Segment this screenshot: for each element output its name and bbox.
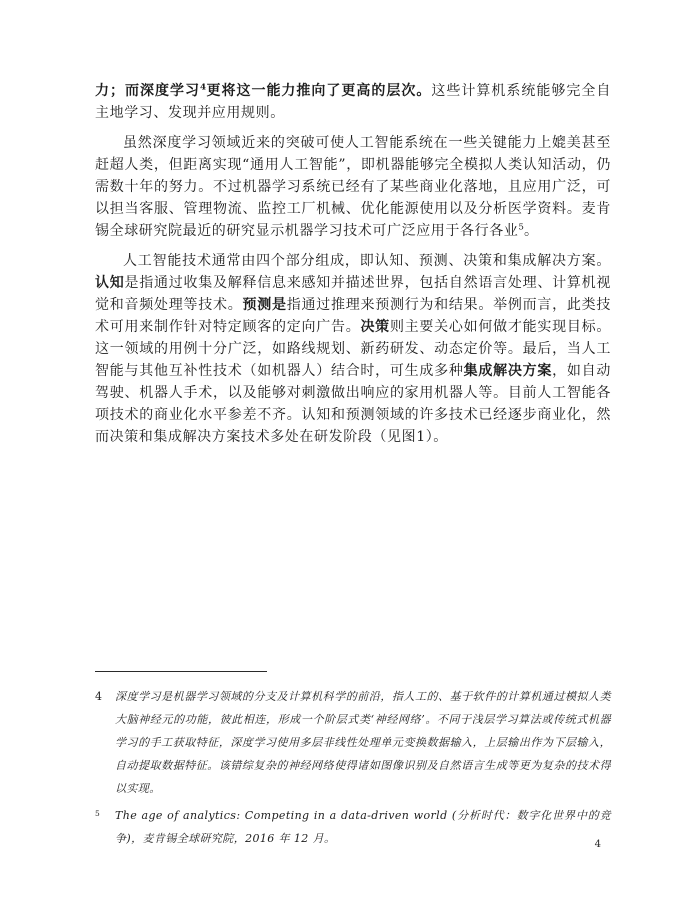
footnote-separator — [95, 671, 267, 672]
document-page: 力；而深度学习4更将这一能力推向了更高的层次。这些计算机系统能够完全自主地学习、… — [0, 0, 700, 905]
footnote-4-marker: 4 — [95, 685, 102, 708]
footnote-4-text: 深度学习是机器学习领域的分支及计算机科学的前沿，指人工的、基于软件的计算机通过模… — [115, 690, 611, 795]
body-text: 力；而深度学习4更将这一能力推向了更高的层次。这些计算机系统能够完全自主地学习、… — [95, 80, 611, 448]
text-run: The age of analytics: Competing in a dat… — [115, 809, 448, 822]
text-run: 人工智能技术通常由四个部分组成，即认知、预测、决策和集成解决方案。 — [123, 253, 611, 269]
footnote-5-marker: 5 — [95, 802, 100, 825]
text-run: 更将这一能力推向了更高的层次。 — [206, 83, 431, 99]
text-run: 决策 — [360, 319, 390, 335]
text-run: 预测是 — [242, 297, 286, 313]
text-run: 认知 — [95, 275, 125, 291]
text-run: 力；而深度学习 — [95, 83, 200, 99]
text-run: 集成解决方案 — [464, 363, 552, 379]
text-run: 深度学习是机器学习领域的分支及计算机科学的前沿，指人工的、基于软件的计算机通过模… — [115, 690, 611, 795]
page-number: 4 — [95, 839, 601, 850]
paragraph-continuation: 力；而深度学习4更将这一能力推向了更高的层次。这些计算机系统能够完全自主地学习、… — [95, 80, 611, 124]
footnotes: 4 深度学习是机器学习领域的分支及计算机科学的前沿，指人工的、基于软件的计算机通… — [95, 685, 611, 850]
footnote-4: 4 深度学习是机器学习领域的分支及计算机科学的前沿，指人工的、基于软件的计算机通… — [95, 685, 611, 800]
paragraph-general-ai: 虽然深度学习领域近来的突破可使人工智能系统在一些关键能力上媲美甚至赶超人类，但距… — [95, 132, 611, 242]
text-run: 。 — [524, 223, 539, 239]
paragraph-ai-components: 人工智能技术通常由四个部分组成，即认知、预测、决策和集成解决方案。认知是指通过收… — [95, 250, 611, 448]
